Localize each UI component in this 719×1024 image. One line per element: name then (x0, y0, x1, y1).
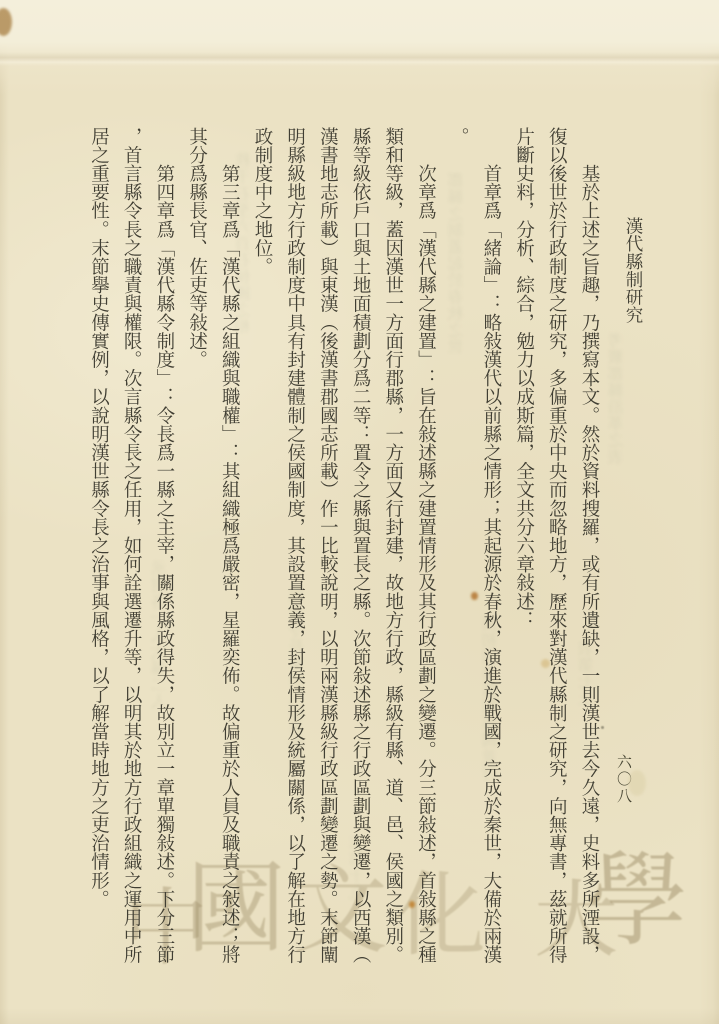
text-column: 居之重要性。末節擧史傳實例，以說明漢世縣令長之治事與風格，以了解當時地方之吏治情… (82, 127, 115, 965)
scanned-page: 中國文化大學 考覈郡縣沿革之表郡縣之制蓋起於春秋之世漢初因秦舊制郡國並行縣置令長… (0, 0, 719, 1024)
text-column: 。 (441, 127, 474, 965)
text-column: 次章爲「漢代縣之建置」：旨在敍述縣之建置情形及其行政區劃之變遷。分三節敍述，首敍… (409, 127, 442, 965)
text-column: 第四章爲「漢代縣令制度」：令長爲一縣之主宰，關係縣政得失，故別立一章單獨敍述。下… (147, 127, 180, 965)
paper-crease (0, 52, 719, 66)
margin-title: 漢代縣制研究 (622, 217, 647, 324)
page-number: 六〇八 (613, 754, 634, 805)
text-column: 第三章爲「漢代縣之組織與職權」：其組織極爲嚴密，星羅奕佈。故偏重於人員及職責之敍… (213, 127, 246, 965)
text-column: 漢書地志所載）與東漢（後漢書郡國志所載）作一比較說明，以明兩漢縣級行政區劃變遷之… (311, 127, 344, 965)
text-column: 政制度中之地位。 (245, 127, 278, 965)
text-column: 類和等級，蓋因漢世一方面行郡縣，一方面又行封建，故地方行政，縣級有縣、道、邑、侯… (376, 127, 409, 965)
body-text: 基於上述之旨趣，乃撰寫本文。然於資料搜羅，或有所遺缺，一則漢世去今久遠，史料多所… (82, 127, 605, 965)
foxing-spot (0, 8, 12, 36)
text-column: 復以後世於行政制度之研究，多偏重於中央而忽略地方，歷來對漢代縣制之研究，向無專書… (540, 127, 573, 965)
text-column: 縣等級依戶口與土地面積劃分爲二等：置令之縣與置長之縣。次節敍述縣之行政區劃與變遷… (343, 127, 376, 965)
text-column: 首章爲「緒論」：略敍漢代以前縣之情形；其起源於春秋，演進於戰國，完成於秦世，大備… (474, 127, 507, 965)
bleedthrough-ghost-text: 考覈郡縣沿革之表 (607, 332, 628, 465)
text-column: 其分爲縣長官、佐吏等敍述。 (180, 127, 213, 965)
text-column: 明縣級地方行政制度中具有封建體制之侯國制度，其設置意義，封侯情形及統屬關係，以了… (278, 127, 311, 965)
text-column: ，首言縣令長之職責與權限。次言縣令長之任用，如何詮選遷升等，以明其於地方行政組織… (114, 127, 147, 965)
text-column: 基於上述之旨趣，乃撰寫本文。然於資料搜羅，或有所遺缺，一則漢世去今久遠，史料多所… (572, 127, 605, 965)
text-column: 片斷史料，分析、綜合，勉力以成斯篇，全文共分六章敍述： (507, 127, 540, 965)
